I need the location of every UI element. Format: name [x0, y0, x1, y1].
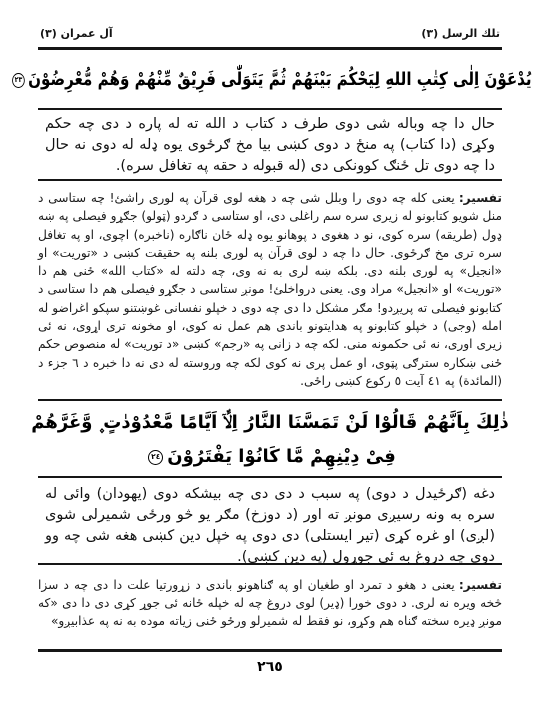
divider-rule	[38, 108, 502, 110]
verse-line: فِیْ دِیْنِهِمْ مَّا كَانُوْا یَفْتَرُوْ…	[144, 442, 396, 472]
header-running-title: تلك الرسل (٣)	[421, 27, 500, 40]
tafsir-label: تفسير:	[459, 191, 502, 205]
divider-rule	[38, 399, 502, 401]
divider-rule	[38, 476, 502, 478]
ayah-end-marker-icon: ٢٣	[12, 73, 25, 88]
quran-verse-24: ذٰلِكَ بِاَنَّهُمْ قَالُوْا لَنْ تَمَسَّ…	[0, 406, 540, 474]
tafsir-label: تفسير:	[459, 578, 502, 592]
verse-line: ذٰلِكَ بِاَنَّهُمْ قَالُوْا لَنْ تَمَسَّ…	[31, 408, 509, 438]
verse-text: یُدْعَوْنَ اِلٰی كِتٰبِ اللهِ لِیَحْكُمَ…	[28, 69, 531, 90]
divider-rule	[38, 179, 502, 181]
tafsir-text: یعنی كله چه دوی را وبلل شی چه د هغه لوی …	[38, 191, 502, 388]
translation-paragraph-2: دغه (ګرځیدل د دوی) په سبب د دی دی چه بیش…	[45, 484, 495, 568]
header-surah-title: آل عمران (٣)	[40, 27, 113, 40]
ayah-number: ٢٣	[14, 76, 22, 84]
quran-verse-23: یُدْعَوْنَ اِلٰی كِتٰبِ اللهِ لِیَحْكُمَ…	[0, 54, 540, 106]
translation-paragraph-1: حال دا چه وباله شی دوی طرف د كتاب د الله…	[45, 114, 495, 177]
tafsir-text: یعنی د هغو د تمرد او طغیان او په ګناهونو…	[38, 578, 502, 628]
book-page: تلك الرسل (٣) آل عمران (٣) یُدْعَوْنَ اِ…	[0, 0, 540, 712]
page-number: ٢٦٥	[0, 659, 540, 675]
ayah-number: ٢٤	[151, 453, 160, 461]
divider-rule-bottom	[38, 649, 502, 652]
page-header: تلك الرسل (٣) آل عمران (٣)	[40, 27, 500, 40]
divider-rule	[38, 563, 502, 565]
tafsir-paragraph-2: تفسير:یعنی د هغو د تمرد او طغیان او په ګ…	[38, 577, 502, 630]
divider-rule-top	[38, 47, 502, 50]
ayah-end-marker-icon: ٢٤	[148, 450, 163, 465]
verse-text: فِیْ دِیْنِهِمْ مَّا كَانُوْا یَفْتَرُوْ…	[167, 446, 396, 467]
tafsir-paragraph-1: تفسير:یعنی كله چه دوی را وبلل شی چه د هغ…	[38, 189, 502, 390]
verse-line: یُدْعَوْنَ اِلٰی كِتٰبِ اللهِ لِیَحْكُمَ…	[9, 65, 532, 95]
